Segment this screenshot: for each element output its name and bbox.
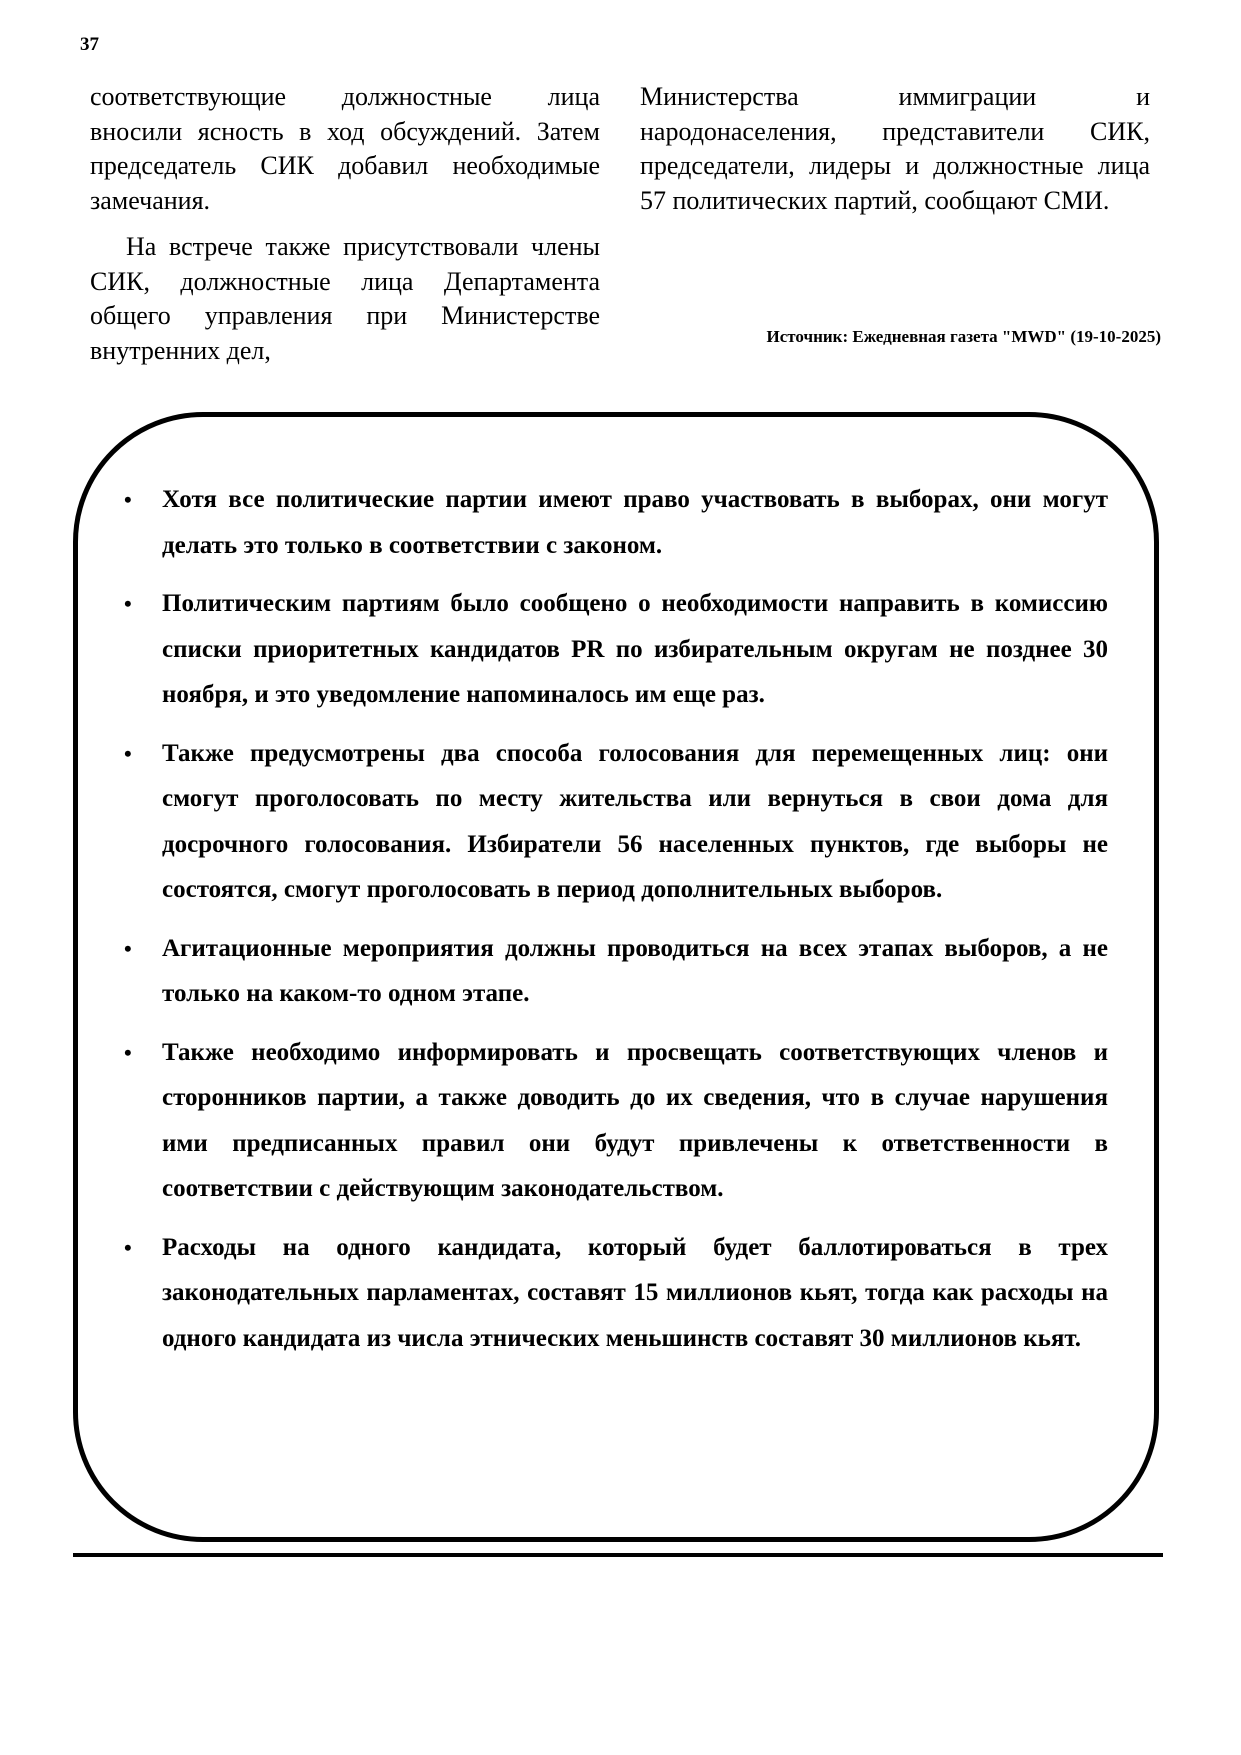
list-item-text: Также предусмотрены два способа голосова…	[162, 740, 1108, 904]
bullet-icon: •	[124, 731, 132, 777]
list-item: •Агитационные мероприятия должны проводи…	[124, 926, 1108, 1017]
left-column: соответствующие должностные лица вносили…	[90, 80, 600, 380]
list-item-text: Расходы на одного кандидата, который буд…	[162, 1234, 1108, 1352]
highlights-list: •Хотя все политические партии имеют прав…	[124, 477, 1108, 1374]
page-number: 37	[80, 34, 99, 56]
highlights-box: •Хотя все политические партии имеют прав…	[73, 412, 1159, 1542]
list-item-text: Также необходимо информировать и просвещ…	[162, 1039, 1108, 1203]
bullet-icon: •	[124, 1225, 132, 1271]
list-item-text: Хотя все политические партии имеют право…	[162, 486, 1108, 559]
right-column: Министерства иммиграции и народонаселени…	[640, 80, 1150, 230]
list-item-text: Политическим партиям было сообщено о нео…	[162, 590, 1108, 708]
source-citation: Источник: Ежедневная газета "MWD" (19-10…	[767, 327, 1161, 347]
bullet-icon: •	[124, 477, 132, 523]
horizontal-rule	[73, 1553, 1163, 1557]
list-item-text: Агитационные мероприятия должны проводит…	[162, 935, 1108, 1008]
list-item: •Также предусмотрены два способа голосов…	[124, 731, 1108, 913]
paragraph: На встрече также присутствовали члены СИ…	[90, 230, 600, 368]
list-item: •Хотя все политические партии имеют прав…	[124, 477, 1108, 568]
paragraph: соответствующие должностные лица вносили…	[90, 80, 600, 218]
bullet-icon: •	[124, 926, 132, 972]
list-item: •Также необходимо информировать и просве…	[124, 1030, 1108, 1212]
bullet-icon: •	[124, 581, 132, 627]
list-item: •Расходы на одного кандидата, который бу…	[124, 1225, 1108, 1362]
bullet-icon: •	[124, 1030, 132, 1076]
list-item: •Политическим партиям было сообщено о не…	[124, 581, 1108, 718]
paragraph: Министерства иммиграции и народонаселени…	[640, 80, 1150, 218]
